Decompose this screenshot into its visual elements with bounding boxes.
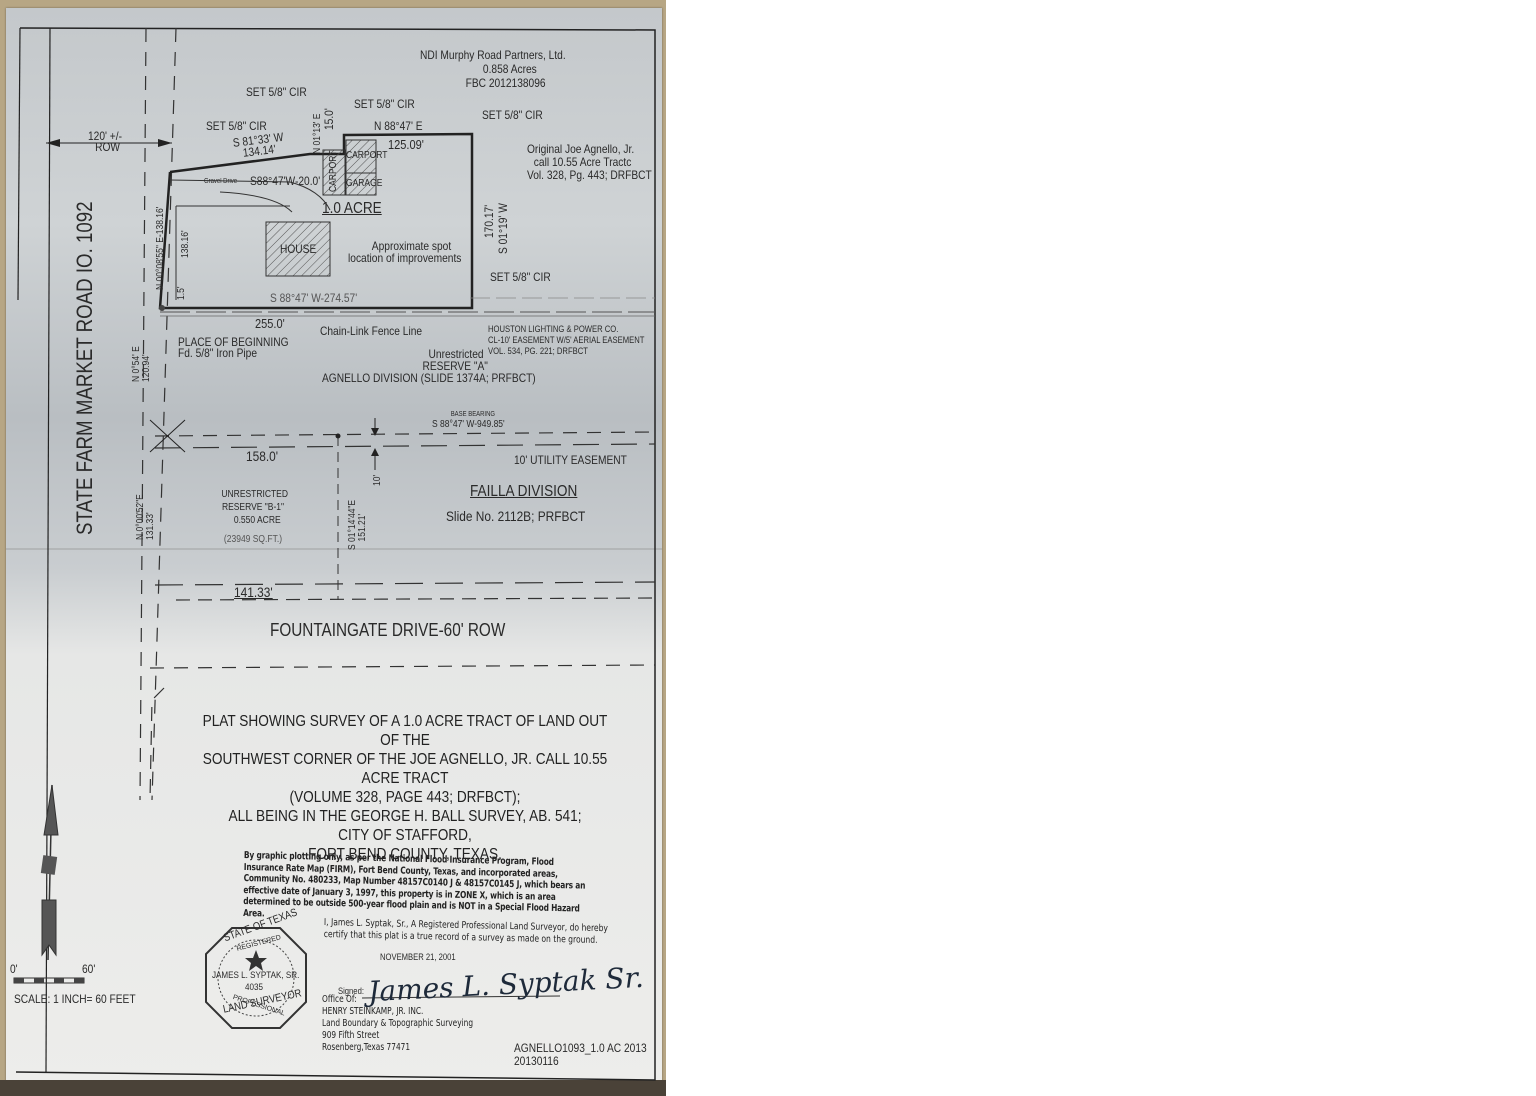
dist-jog: 15.0' (322, 108, 336, 130)
owner-note: NDI Murphy Road Partners, Ltd. 0.858 Acr… (420, 48, 566, 90)
dist-141: 141.33' (234, 584, 273, 600)
base-bearing-label: BASE BEARING (432, 411, 495, 418)
north-arrow-icon (41, 785, 58, 960)
bearing-drive: S88°47'W-20.0' (250, 174, 320, 188)
dist-south: 255.0' (255, 316, 285, 331)
utility-easement-label: 10' UTILITY EASEMENT (514, 453, 627, 467)
cir-marker: SET 5/8" CIR (490, 270, 551, 284)
scale-bar (14, 978, 84, 983)
reserve-b-label: UNRESTRICTED RESERVE "B-1" 0.550 ACRE (2… (218, 488, 288, 546)
cir-marker: SET 5/8" CIR (206, 119, 267, 133)
easement-width: 10' (372, 475, 383, 486)
cir-marker: SET 5/8" CIR (482, 108, 543, 122)
hlp-easement-note: HOUSTON LIGHTING & POWER CO. CL-10' EASE… (488, 324, 644, 357)
scale-label: SCALE: 1 INCH= 60 FEET (14, 992, 136, 1006)
row-bearing-2: N 0°00'52"E 131.33' (136, 494, 156, 540)
row-width-label: 120' +/- ROW (88, 131, 122, 153)
dist-west: 138.16' (180, 230, 191, 258)
gravel-drive-label: Gravel Drive (204, 178, 237, 185)
bearing-north: N 88°47' E (374, 119, 423, 133)
dist-east: 170.17' (482, 205, 496, 238)
failla-slide: Slide No. 2112B; PRFBCT (446, 508, 585, 524)
carport-side-label: CARPORT (328, 151, 339, 192)
survey-date: NOVEMBER 21, 2001 (380, 952, 456, 962)
offset-dist: 1.5' (176, 287, 187, 300)
street-name: FOUNTAINGATE DRIVE-60' ROW (270, 620, 505, 641)
fence-label: Chain-Link Fence Line (320, 324, 422, 338)
carport-label: CARPORT (346, 150, 387, 161)
office-block: Office Of: HENRY STEINKAMP, JR. INC. Lan… (322, 994, 473, 1054)
failla-division: FAILLA DIVISION (470, 483, 577, 501)
seal-name: JAMES L. SYPTAK, SR. (212, 970, 299, 981)
original-tract-note: Original Joe Agnello, Jr. call 10.55 Acr… (527, 143, 652, 182)
house-label: HOUSE (280, 242, 316, 256)
garage-label: GARAGE (346, 178, 382, 189)
row-bearing-1: N 0°54' E 120.94' (132, 346, 152, 382)
dist-north: 125.09' (388, 137, 424, 152)
bearing-east: S 01°19' W (496, 203, 510, 254)
dist-158: 158.0' (246, 448, 278, 464)
bearing-south: S 88°47' W-274.57' (270, 291, 357, 305)
seal-number: 4035 (245, 982, 263, 993)
improvements-note: Approximate spot location of improvement… (348, 240, 461, 264)
tract-boundary (160, 134, 472, 308)
base-bearing: S 88°47' W-949.85' (432, 419, 505, 430)
cir-marker: SET 5/8" CIR (246, 85, 307, 99)
photo-background: NDI Murphy Road Partners, Ltd. 0.858 Acr… (0, 0, 666, 1096)
bearing-west: N 00°08'55" E-138.16' (155, 207, 166, 290)
place-of-beginning: PLACE OF BEGINNING Fd. 5/8" Iron Pipe (178, 337, 289, 359)
road-name: STATE FARM MARKET ROAD IO. 1092 (72, 201, 98, 535)
scale-start: 0' (10, 962, 18, 976)
acreage-label: 1.0 ACRE (322, 200, 382, 218)
scale-end: 60' (82, 962, 95, 976)
plat-title: PLAT SHOWING SURVEY OF A 1.0 ACRE TRACT … (198, 712, 612, 864)
cir-marker: SET 5/8" CIR (354, 97, 415, 111)
b1-east-bearing: S 01°14'44"E 151.21' (348, 500, 368, 550)
file-reference: AGNELLO1093_1.0 AC 2013 20130116 (514, 1042, 647, 1068)
